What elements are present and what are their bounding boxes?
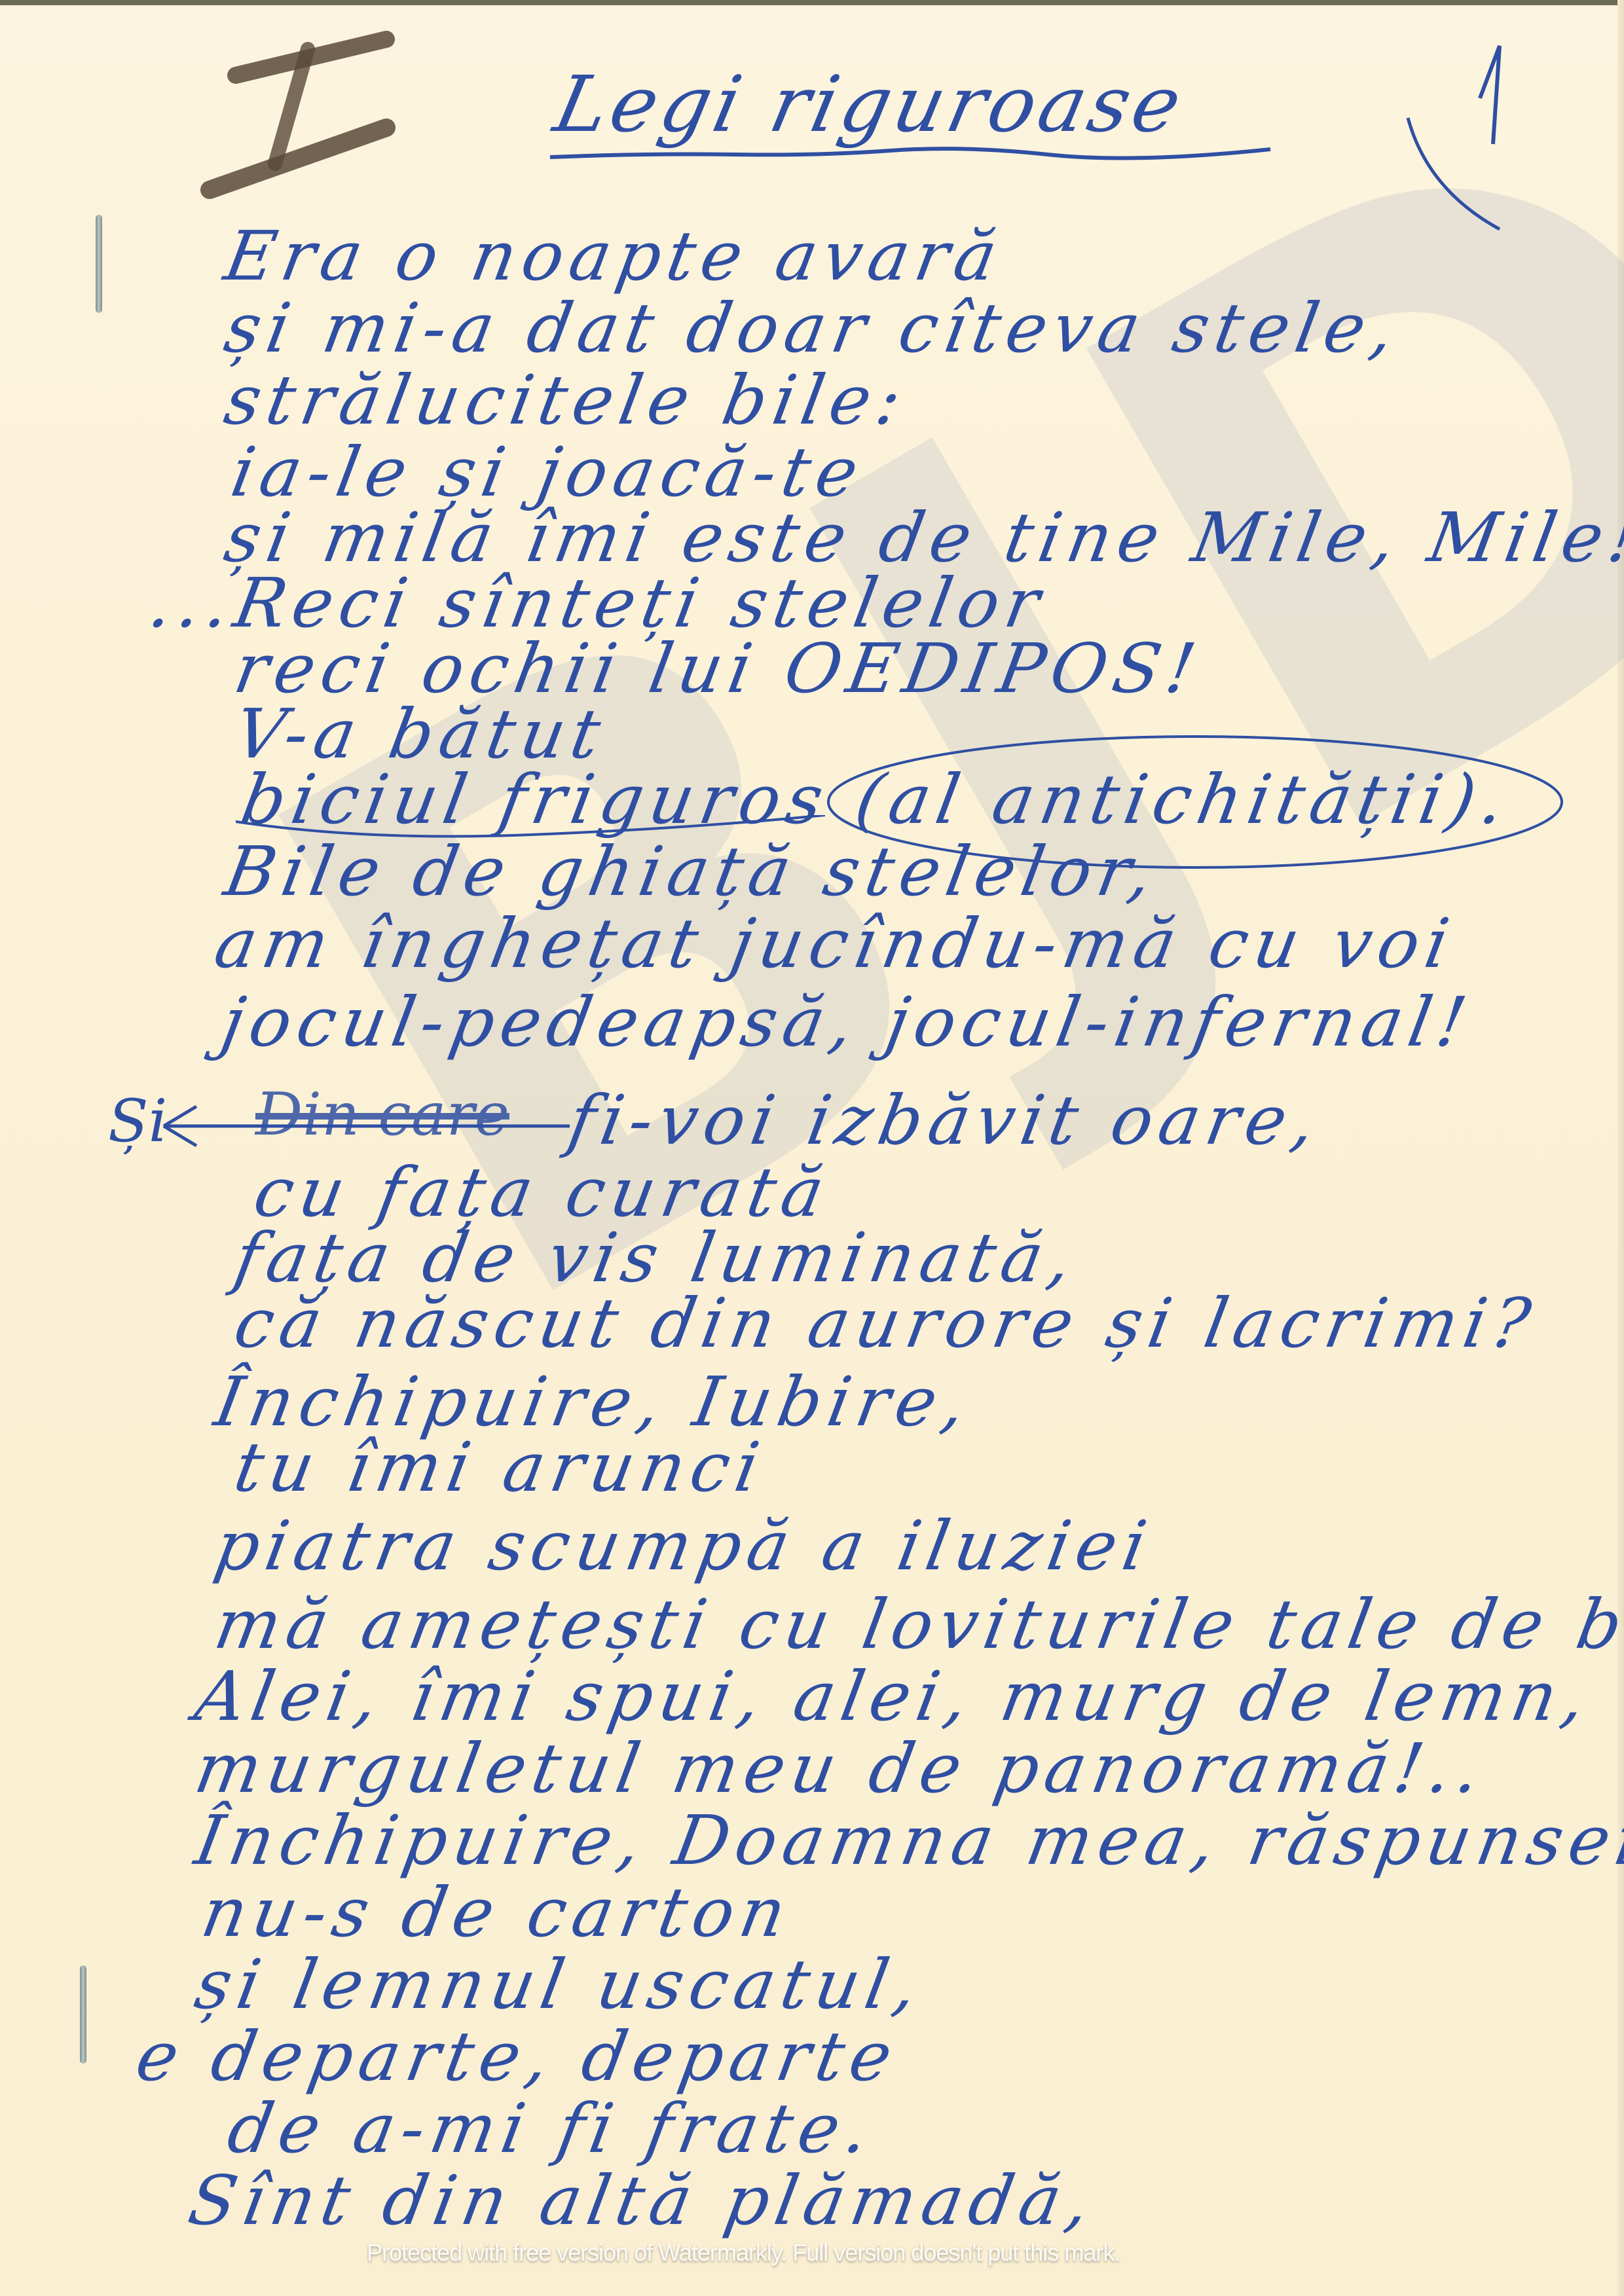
poem-line: e departe, departe — [130, 2016, 904, 2096]
poem-line: fi-voi izbăvit oare, — [563, 1080, 1328, 1160]
staple-top — [96, 215, 102, 313]
poem-line: și lemnul uscatul, — [189, 1944, 930, 2024]
chapter-mark-roman-one — [196, 13, 471, 210]
struck-out-word: Din care — [255, 1080, 509, 1149]
poem-line: piatra scumpă a iluziei — [209, 1506, 1158, 1586]
poem-line: tu îmi arunci — [229, 1427, 771, 1507]
scan-top-edge — [0, 0, 1624, 5]
poem-line: Alei, îmi spui, alei, murg de lemn, — [189, 1656, 1598, 1736]
phrase-underline — [236, 815, 825, 848]
watermark-notice: Protected with free version of Watermark… — [367, 2239, 1120, 2267]
poem-title: Legi riguroase — [547, 59, 1192, 149]
poem-line: jocul-pedeapsă, jocul-infernal! — [215, 982, 1479, 1062]
manuscript-page: BJDB Legi riguroase Era o noapte avară ș… — [0, 0, 1624, 2296]
poem-line: Sînt din altă plămadă, — [183, 2160, 1102, 2240]
poem-line: Era o noapte avară — [219, 216, 1009, 296]
page-number-mark — [1401, 39, 1532, 236]
poem-line: de a-mi fi frate. — [222, 2088, 881, 2168]
poem-line: nu-s de carton — [196, 1872, 798, 1952]
poem-line: am înghețat jucîndu-mă cu voi — [209, 903, 1461, 983]
poem-line: Închipuire, Doamna mea, răspunsei, — [189, 1800, 1624, 1880]
poem-line: că născut din aurore și lacrimi? — [229, 1283, 1543, 1363]
poem-line: mă amețești cu loviturile tale de biciu. — [209, 1584, 1624, 1664]
staple-bottom — [80, 1965, 86, 2064]
circled-phrase-annotation — [819, 727, 1572, 877]
poem-line: murguletul meu de panoramă!.. — [189, 1728, 1492, 1808]
poem-line: și mi-a dat doar cîteva stele, — [219, 288, 1407, 368]
poem-line: strălucitele bile: — [219, 360, 913, 440]
title-underline — [550, 145, 1283, 165]
